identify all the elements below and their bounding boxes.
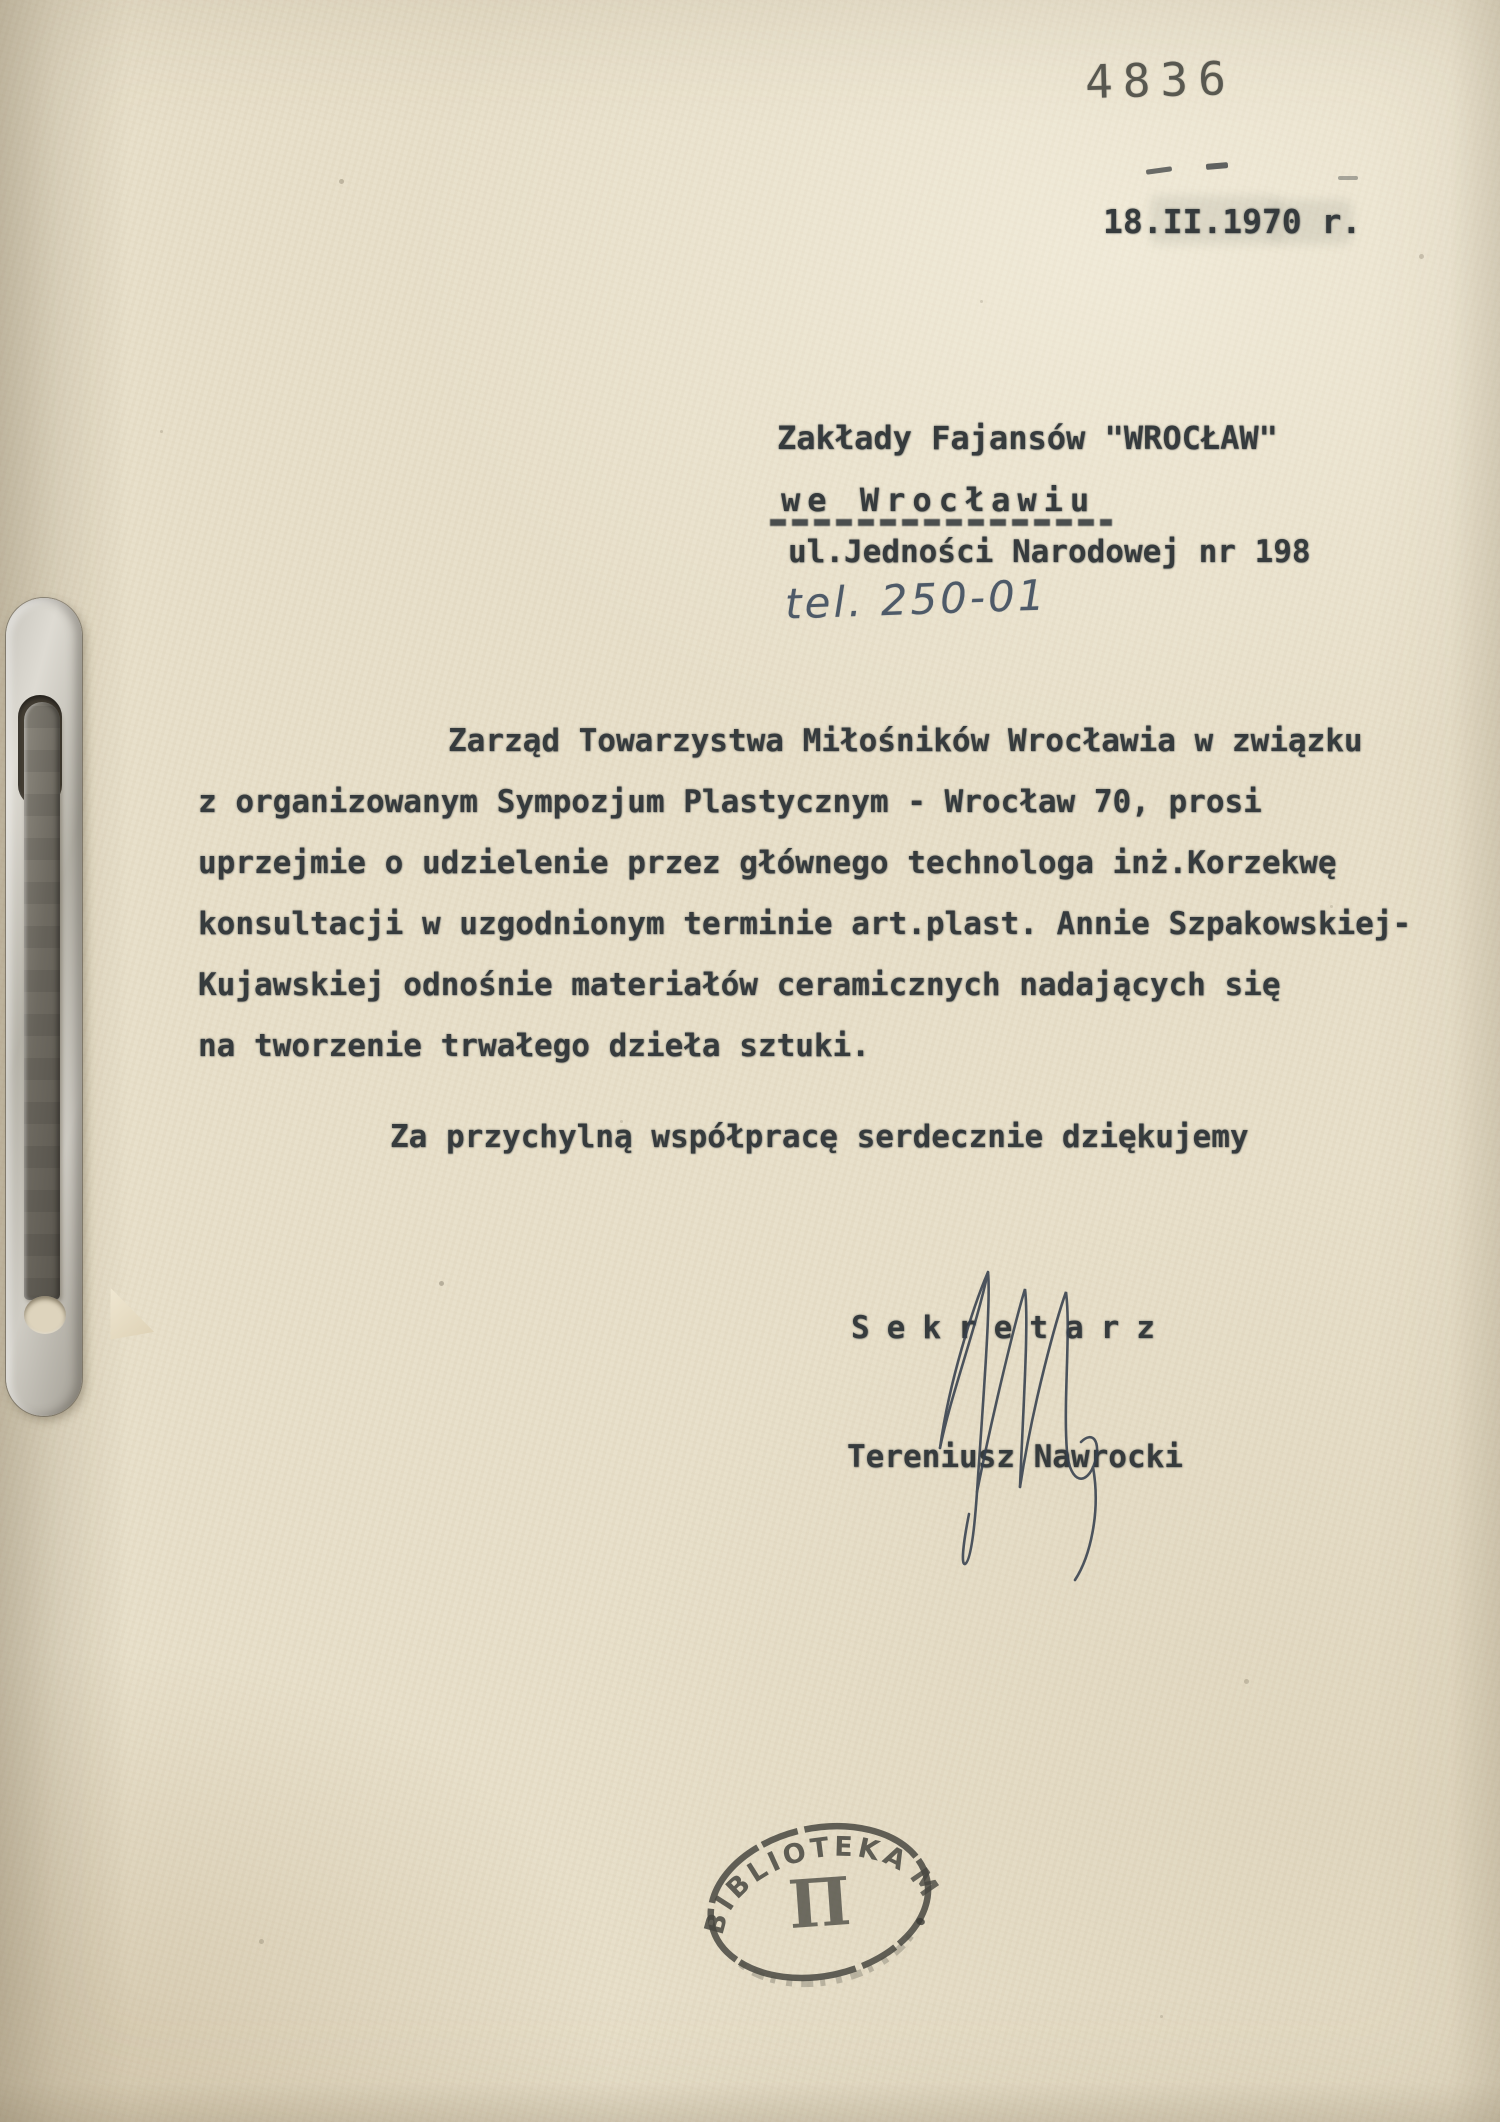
ghost-dash-mark <box>1206 162 1228 170</box>
body-line: z organizowanym Sympozjum Plastycznym - … <box>198 772 1418 833</box>
recipient-city-underline <box>770 519 1112 526</box>
body-line: Kujawskiej odnośnie materiałów ceramiczn… <box>198 955 1418 1016</box>
paper-dust-specks <box>0 0 3 3</box>
body-line: uprzejmie o udzielenie przez głównego te… <box>198 833 1418 894</box>
right-edge-shadow <box>1450 0 1500 2122</box>
recipient-phone-handwritten: tel. 250-01 <box>784 567 1048 632</box>
recipient-name: Zakłady Fajansów "WROCŁAW" <box>777 418 1278 458</box>
ghost-dash-mark <box>1338 176 1358 180</box>
ghost-dash-mark <box>1146 166 1172 175</box>
stamp-side-letter: M <box>901 1860 947 1904</box>
letter-page: 4836 18.II.1970 r. Zakłady Fajansów "WRO… <box>0 0 1500 2122</box>
library-stamp: BIBLIOTEKA M Π <box>669 1773 972 2037</box>
paper-fastener-prong <box>24 702 60 1300</box>
closing-line: Za przychylną współpracę serdecznie dzię… <box>198 1107 1249 1168</box>
body-line: na tworzenie trwałego dzieła sztuki. <box>198 1016 1418 1077</box>
paper-tear-flap <box>105 1283 163 1344</box>
body-paragraph: Zarząd Towarzystwa Miłośników Wrocławia … <box>198 711 1418 1077</box>
paper-fastener-hole <box>24 1296 66 1334</box>
body-line: Zarząd Towarzystwa Miłośników Wrocławia … <box>198 711 1418 772</box>
bottom-edge-shadow <box>0 2082 1500 2122</box>
recipient-city: we Wrocławiu <box>781 480 1096 520</box>
body-line: konsultacji w uzgodnionym terminie art.p… <box>198 894 1418 955</box>
handwritten-signature <box>925 1262 1135 1592</box>
archive-number: 4836 <box>1084 48 1236 112</box>
svg-text:M: M <box>901 1860 947 1904</box>
recipient-street: ul.Jedności Narodowej nr 198 <box>788 532 1311 572</box>
letter-date: 18.II.1970 r. <box>1103 202 1361 242</box>
stamp-center-glyph: Π <box>786 1862 854 1944</box>
